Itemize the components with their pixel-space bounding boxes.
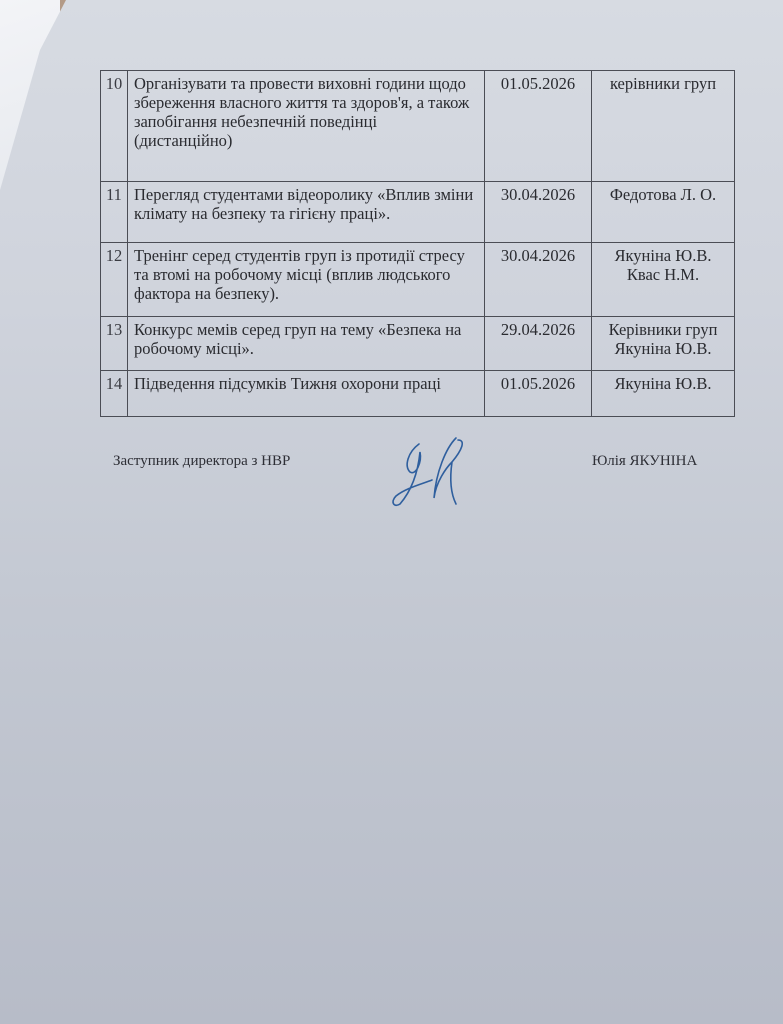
event-description: Підведення підсумків Тижня охорони праці — [128, 371, 485, 417]
event-date: 30.04.2026 — [485, 182, 592, 243]
row-number: 13 — [101, 317, 128, 371]
event-date: 30.04.2026 — [485, 243, 592, 317]
table-row: 13 Конкурс мемів серед груп на тему «Без… — [101, 317, 735, 371]
event-description: Організувати та провести виховні години … — [128, 71, 485, 182]
event-date: 29.04.2026 — [485, 317, 592, 371]
event-description: Конкурс мемів серед груп на тему «Безпек… — [128, 317, 485, 371]
responsible-person: Керівники груп Якуніна Ю.В. — [592, 317, 735, 371]
events-table: 10 Організувати та провести виховні годи… — [100, 70, 735, 417]
responsible-person: Якуніна Ю.В. — [592, 371, 735, 417]
row-number: 10 — [101, 71, 128, 182]
handwritten-signature-icon — [386, 432, 476, 512]
responsible-person: Федотова Л. О. — [592, 182, 735, 243]
event-description: Перегляд студентами відеоролику «Вплив з… — [128, 182, 485, 243]
signer-name: Юлія ЯКУНІНА — [592, 453, 697, 470]
table-row: 11 Перегляд студентами відеоролику «Впли… — [101, 182, 735, 243]
row-number: 12 — [101, 243, 128, 317]
responsible-person: Якуніна Ю.В. Квас Н.М. — [592, 243, 735, 317]
table-row: 14 Підведення підсумків Тижня охорони пр… — [101, 371, 735, 417]
table-row: 12 Тренінг серед студентів груп із проти… — [101, 243, 735, 317]
table-row: 10 Організувати та провести виховні годи… — [101, 71, 735, 182]
signer-position: Заступник директора з НВР — [113, 453, 290, 470]
responsible-person: керівники груп — [592, 71, 735, 182]
event-description: Тренінг серед студентів груп із протидії… — [128, 243, 485, 317]
event-date: 01.05.2026 — [485, 371, 592, 417]
row-number: 11 — [101, 182, 128, 243]
row-number: 14 — [101, 371, 128, 417]
event-date: 01.05.2026 — [485, 71, 592, 182]
